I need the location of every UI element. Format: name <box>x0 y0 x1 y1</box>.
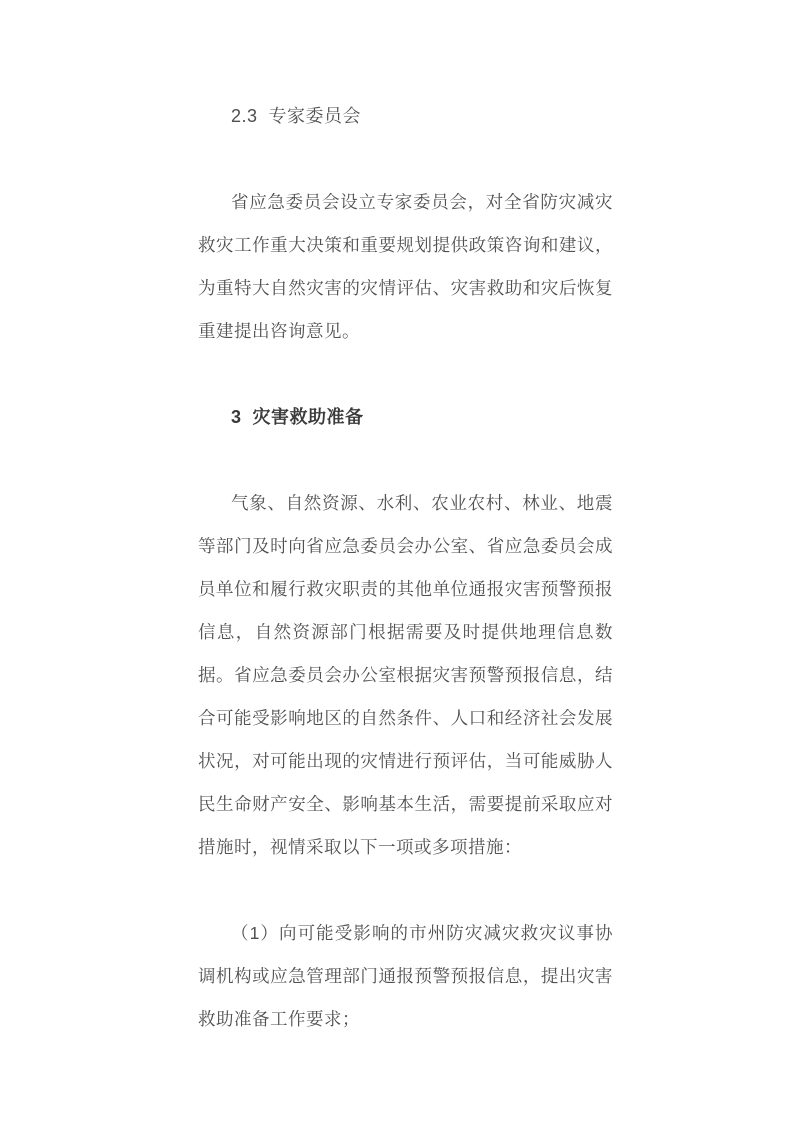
paragraph-warning-forecast-preparation: 气象、自然资源、水利、农业农村、林业、地震等部门及时向省应急委员会办公室、省应急… <box>198 482 613 869</box>
document-page: 2.3 专家委员会 省应急委员会设立专家委员会，对全省防灾减灾救灾工作重大决策和… <box>0 0 793 1122</box>
section-heading-2-3-expert-committee: 2.3 专家委员会 <box>198 95 613 138</box>
document-background: { "page": { "background_color": "#ffffff… <box>0 0 793 1122</box>
section-heading-3-disaster-relief-preparation: 3 灾害救助准备 <box>198 396 613 439</box>
paragraph-expert-committee-role: 省应急委员会设立专家委员会，对全省防灾减灾救灾工作重大决策和重要规划提供政策咨询… <box>198 181 613 353</box>
paragraph-measure-1-notify-cities: （1）向可能受影响的市州防灾减灾救灾议事协调机构或应急管理部门通报预警预报信息，… <box>198 912 613 1041</box>
